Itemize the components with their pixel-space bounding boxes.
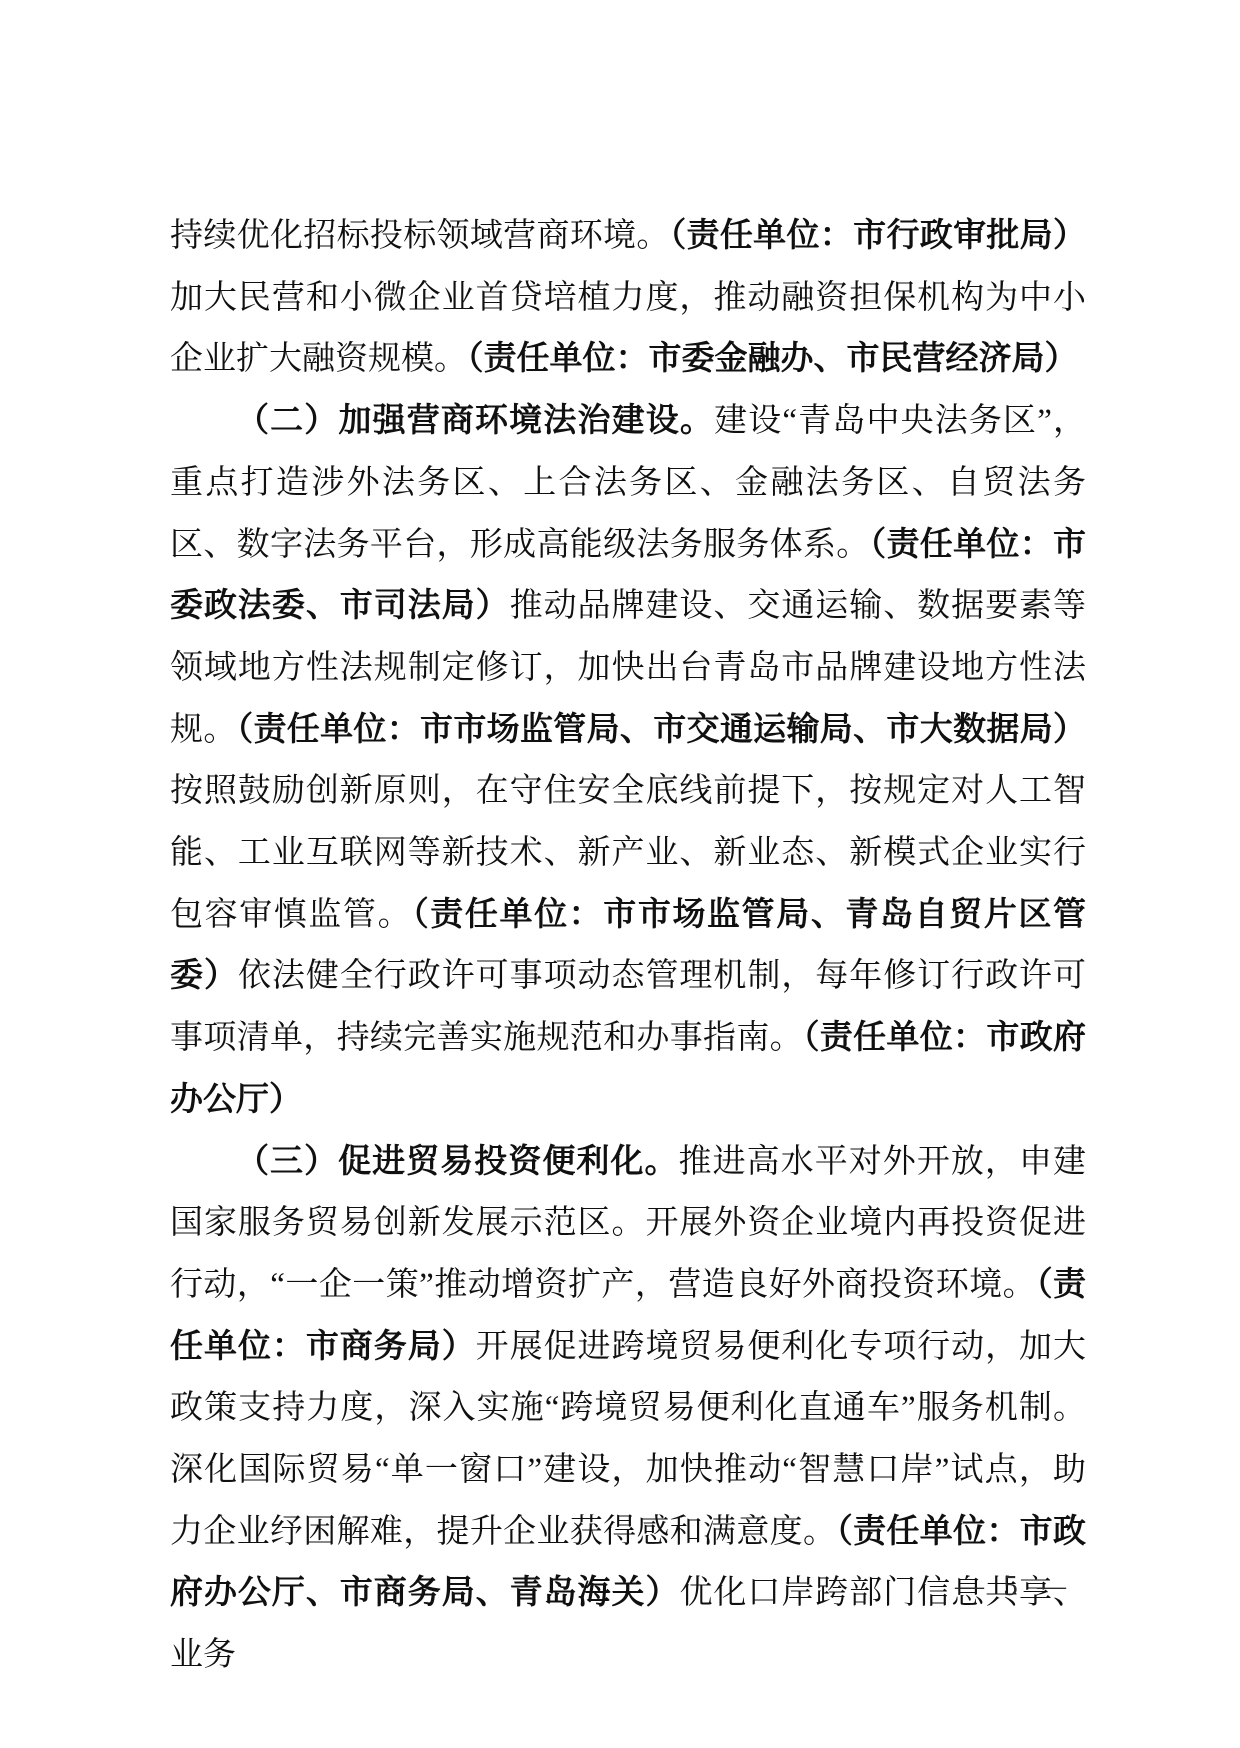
- paragraph-continuation: 持续优化招标投标领域营商环境。（责任单位：市行政审批局）加大民营和小微企业首贷培…: [170, 206, 1086, 391]
- page-number: — 5 —: [955, 1570, 1072, 1603]
- section-heading: （二）加强营商环境法治建设。: [236, 403, 714, 439]
- responsibility-unit: （责任单位：市行政审批局）: [670, 218, 1086, 254]
- body-text: 持续优化招标投标领域营商环境。: [170, 218, 670, 254]
- paragraph-section-three: （三）促进贸易投资便利化。推进高水平对外开放，申建国家服务贸易创新发展示范区。开…: [170, 1132, 1086, 1687]
- document-page: 持续优化招标投标领域营商环境。（责任单位：市行政审批局）加大民营和小微企业首贷培…: [0, 0, 1240, 1748]
- page-body-text: 持续优化招标投标领域营商环境。（责任单位：市行政审批局）加大民营和小微企业首贷培…: [170, 206, 1086, 1687]
- paragraph-section-two: （二）加强营商环境法治建设。建设“青岛中央法务区”，重点打造涉外法务区、上合法务…: [170, 391, 1086, 1131]
- responsibility-unit: （责任单位：市委金融办、市民营经济局）: [467, 341, 1078, 377]
- responsibility-unit: （责任单位：市市场监管局、市交通运输局、市大数据局）: [237, 712, 1086, 748]
- section-heading: （三）促进贸易投资便利化。: [236, 1144, 679, 1180]
